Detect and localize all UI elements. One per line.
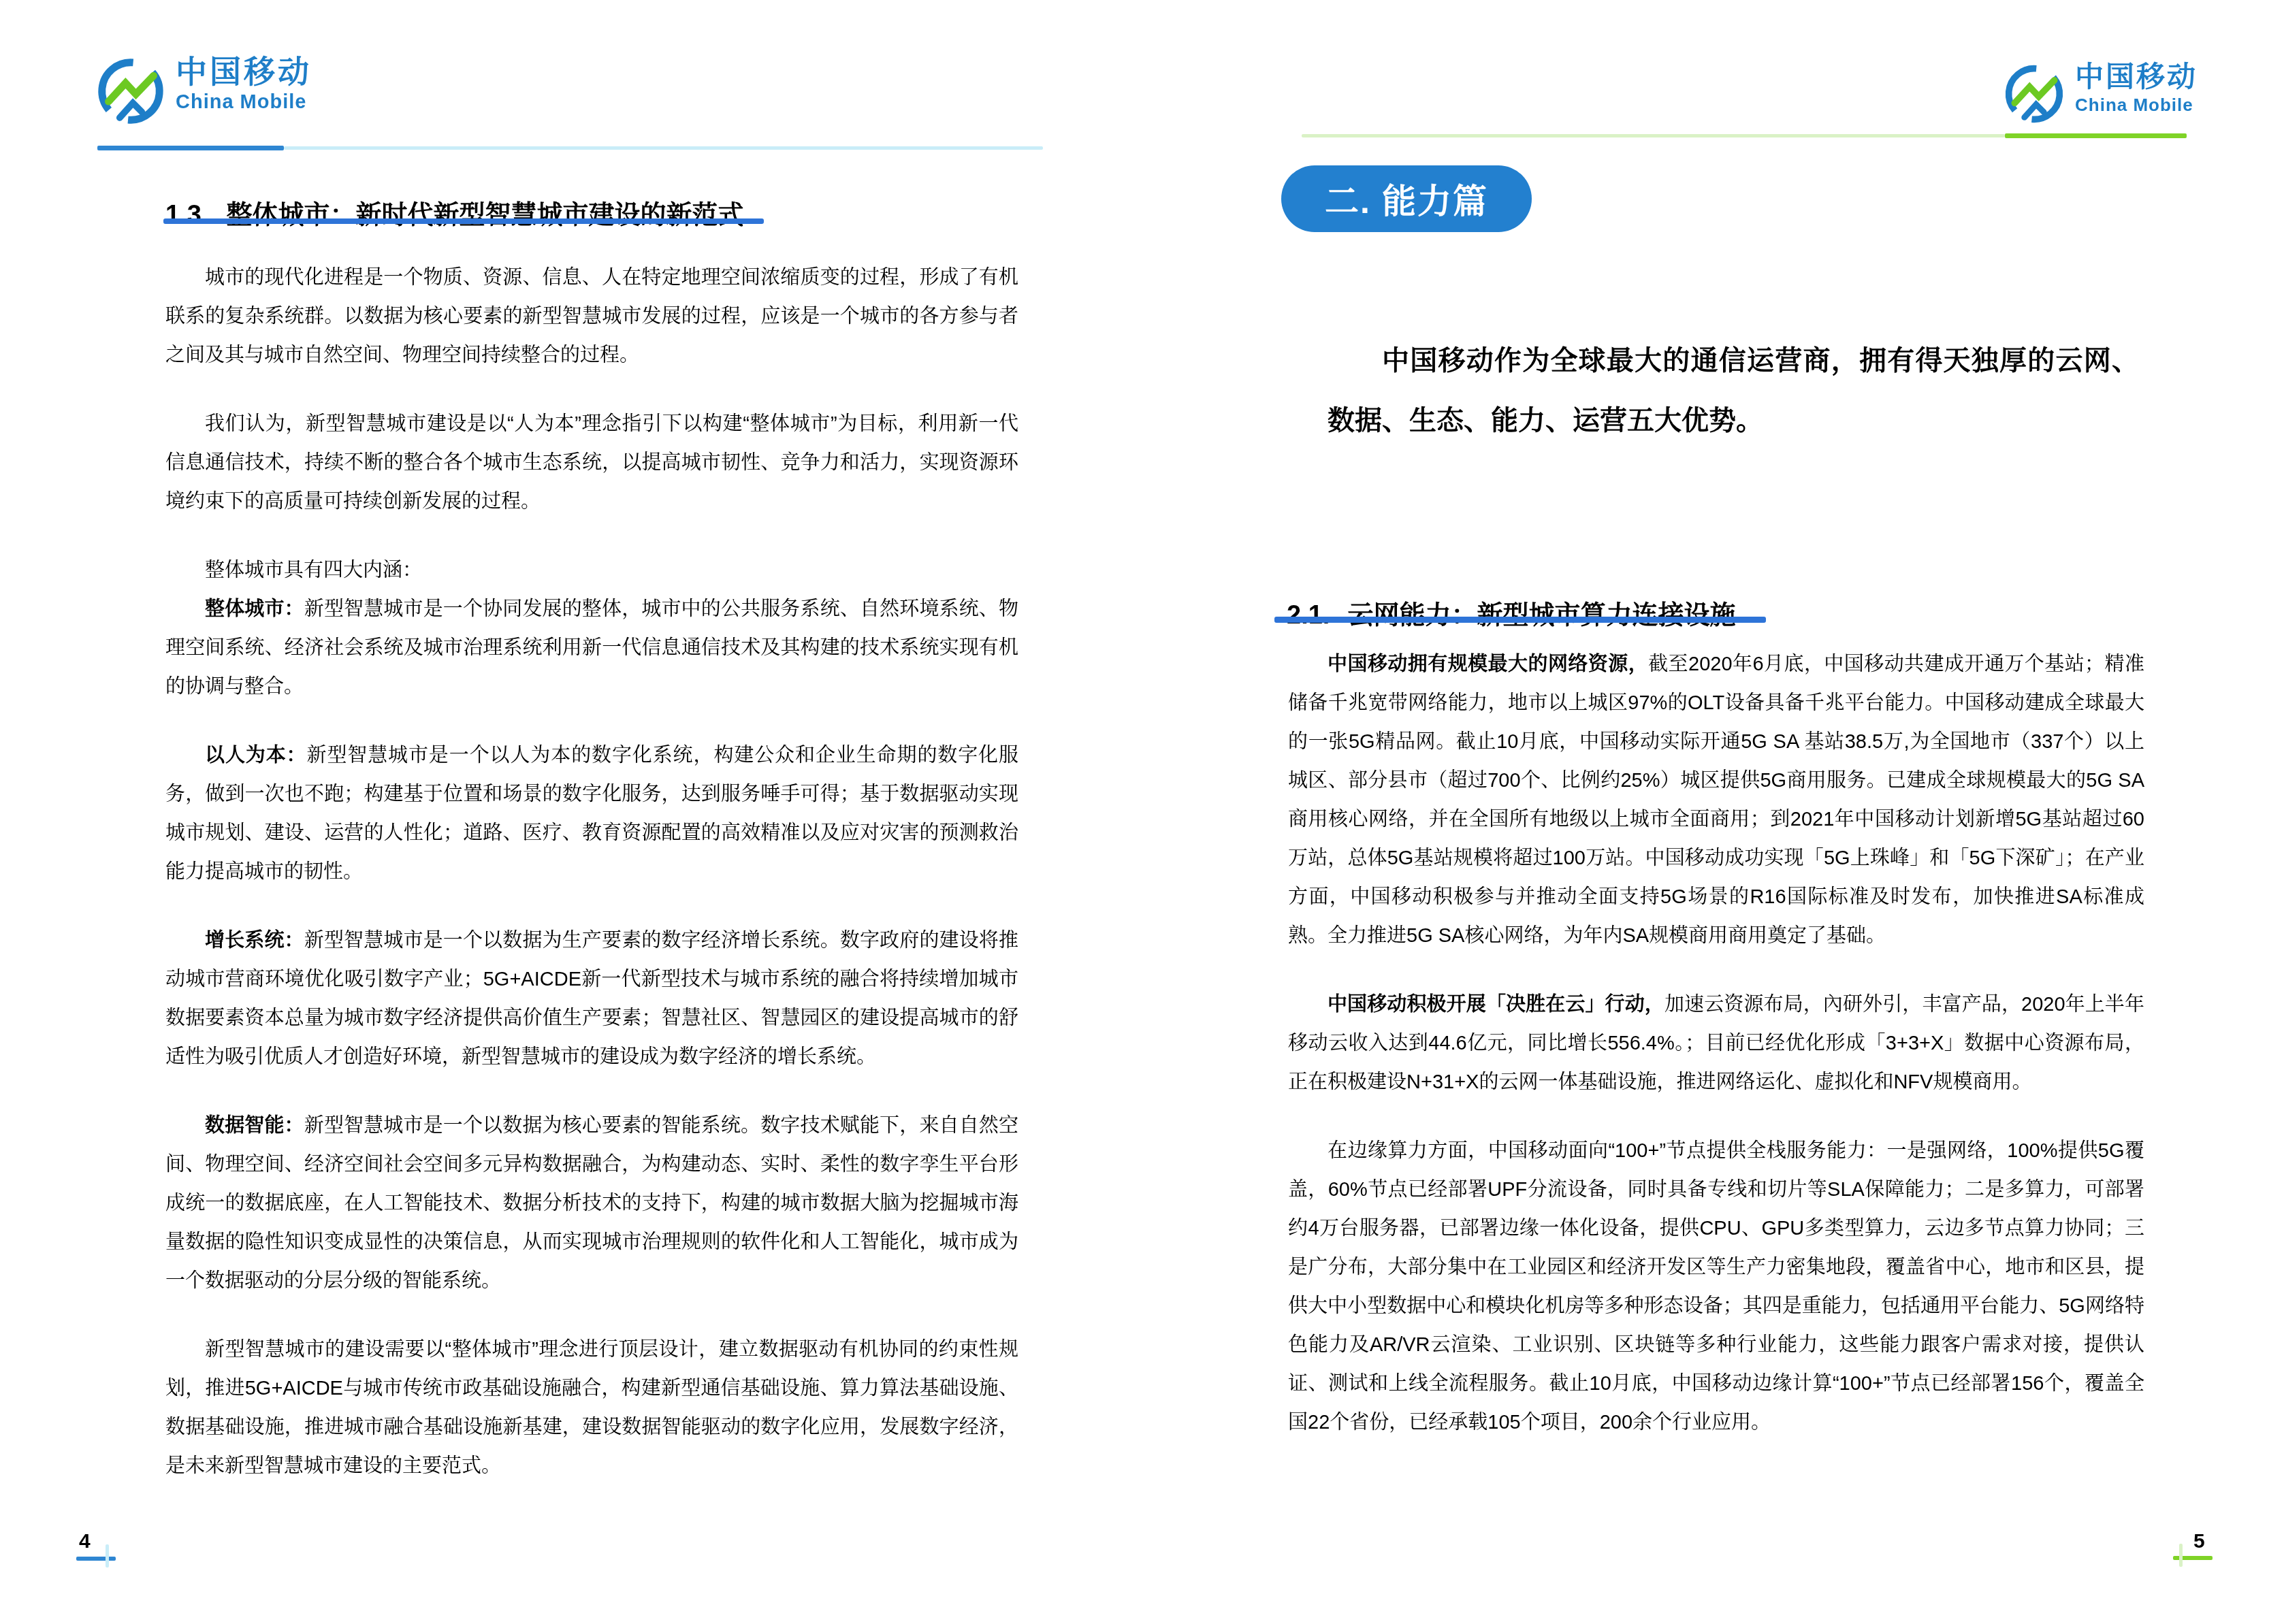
header-rule-cyan-segment (284, 146, 1043, 150)
china-mobile-logo-right: 中国移动 China Mobile (2003, 63, 2198, 125)
brand-name-en: China Mobile (2075, 96, 2198, 114)
footer-line-left (76, 1557, 116, 1561)
section-heading-1-3: 1.3.整体城市：新时代新型智慧城市建设的新范式 (165, 193, 743, 231)
footer-tick-right (2179, 1544, 2183, 1567)
paragraph: 城市的现代化进程是一个物质、资源、信息、人在特定地理空间浓缩质变的过程，形成了有… (165, 259, 1018, 375)
paragraph-text: 在边缘算力方面，中国移动面向“100+”节点提供全栈服务能力：一是强网络，100… (1288, 1140, 2144, 1433)
section-number: 2.1. (1287, 601, 1330, 630)
heading-underline (1274, 617, 1766, 623)
paragraph-lead: 以人为本： (205, 745, 306, 766)
paragraph: 整体城市：新型智慧城市是一个协同发展的整体，城市中的公共服务系统、自然环境系统、… (165, 590, 1018, 707)
china-mobile-knot-icon (2003, 63, 2065, 125)
header-rule-blue-segment (97, 146, 284, 150)
paragraph-text: 新型智慧城市的建设需要以“整体城市”理念进行顶层设计，建立数据驱动有机协同的约束… (165, 1339, 1018, 1477)
chapter-intro: 中国移动作为全球最大的通信运营商，拥有得天独厚的云网、数据、生态、能力、运营五大… (1328, 331, 2139, 451)
paragraph-text: 城市的现代化进程是一个物质、资源、信息、人在特定地理空间浓缩质变的过程，形成了有… (165, 267, 1018, 366)
section-title: 云网能力：新型城市算力连接设施 (1347, 601, 1735, 630)
section-title: 整体城市：新时代新型智慧城市建设的新范式 (226, 201, 743, 229)
paragraph-text: 新型智慧城市是一个以数据为核心要素的智能系统。数字技术赋能下，来自自然空间、物理… (165, 1115, 1018, 1292)
paragraph: 新型智慧城市的建设需要以“整体城市”理念进行顶层设计，建立数据驱动有机协同的约束… (165, 1331, 1018, 1486)
brand-name-cn: 中国移动 (176, 56, 312, 87)
paragraph-text: 截至2020年6月底，中国移动共建成开通万个基站；精准储备千兆宽带网络能力，地市… (1288, 653, 2144, 947)
paragraph-lead: 中国移动积极开展「决胜在云」行动， (1328, 994, 1664, 1016)
page-number-left: 4 (79, 1530, 91, 1553)
paragraph: 数据智能：新型智慧城市是一个以数据为核心要素的智能系统。数字技术赋能下，来自自然… (165, 1107, 1018, 1301)
body-text-left: 城市的现代化进程是一个物质、资源、信息、人在特定地理空间浓缩质变的过程，形成了有… (165, 259, 1018, 1516)
paragraph: 以人为本：新型智慧城市是一个以人为本的数字化系统，构建公众和企业生命期的数字化服… (165, 736, 1018, 892)
paragraph-text: 整体城市具有四大内涵： (205, 559, 422, 581)
footer-tick-left (106, 1544, 109, 1568)
paragraph-lead: 中国移动拥有规模最大的网络资源， (1328, 653, 1648, 675)
section-number: 1.3. (165, 201, 208, 229)
header-rule-pale-green-segment (1302, 134, 2005, 137)
china-mobile-logo: 中国移动 China Mobile (95, 56, 312, 127)
page-number-right: 5 (2193, 1530, 2205, 1553)
body-text-right: 中国移动拥有规模最大的网络资源，截至2020年6月底，中国移动共建成开通万个基站… (1288, 645, 2144, 1472)
paragraph: 整体城市具有四大内涵： (165, 551, 1018, 590)
brand-name-en: China Mobile (176, 93, 312, 112)
heading-underline (163, 218, 764, 224)
paragraph-lead: 整体城市： (205, 598, 304, 620)
paragraph: 增长系统：新型智慧城市是一个以数据为生产要素的数字经济增长系统。数字政府的建设将… (165, 922, 1018, 1077)
header-rule-green-segment (2005, 133, 2187, 138)
paragraph: 我们认为，新型智慧城市建设是以“人为本”理念指引下以构建“整体城市”为目标，利用… (165, 405, 1018, 521)
brand-name-cn: 中国移动 (2075, 63, 2198, 91)
chapter-badge: 二. 能力篇 (1281, 165, 1532, 232)
paragraph-text: 我们认为，新型智慧城市建设是以“人为本”理念指引下以构建“整体城市”为目标，利用… (165, 413, 1018, 513)
paragraph: 在边缘算力方面，中国移动面向“100+”节点提供全栈服务能力：一是强网络，100… (1288, 1132, 2144, 1442)
china-mobile-knot-icon (95, 56, 166, 127)
paragraph: 中国移动积极开展「决胜在云」行动，加速云资源布局，內研外引，丰富产品，2020年… (1288, 986, 2144, 1102)
document-spread: 中国移动 China Mobile 1.3.整体城市：新时代新型智慧城市建设的新… (0, 0, 2284, 1624)
brand-wordmark: 中国移动 China Mobile (2075, 63, 2198, 114)
brand-wordmark: 中国移动 China Mobile (176, 56, 312, 112)
section-heading-2-1: 2.1.云网能力：新型城市算力连接设施 (1287, 594, 1735, 631)
paragraph: 中国移动拥有规模最大的网络资源，截至2020年6月底，中国移动共建成开通万个基站… (1288, 645, 2144, 956)
paragraph-lead: 增长系统： (205, 930, 304, 952)
paragraph-lead: 数据智能： (205, 1115, 304, 1137)
